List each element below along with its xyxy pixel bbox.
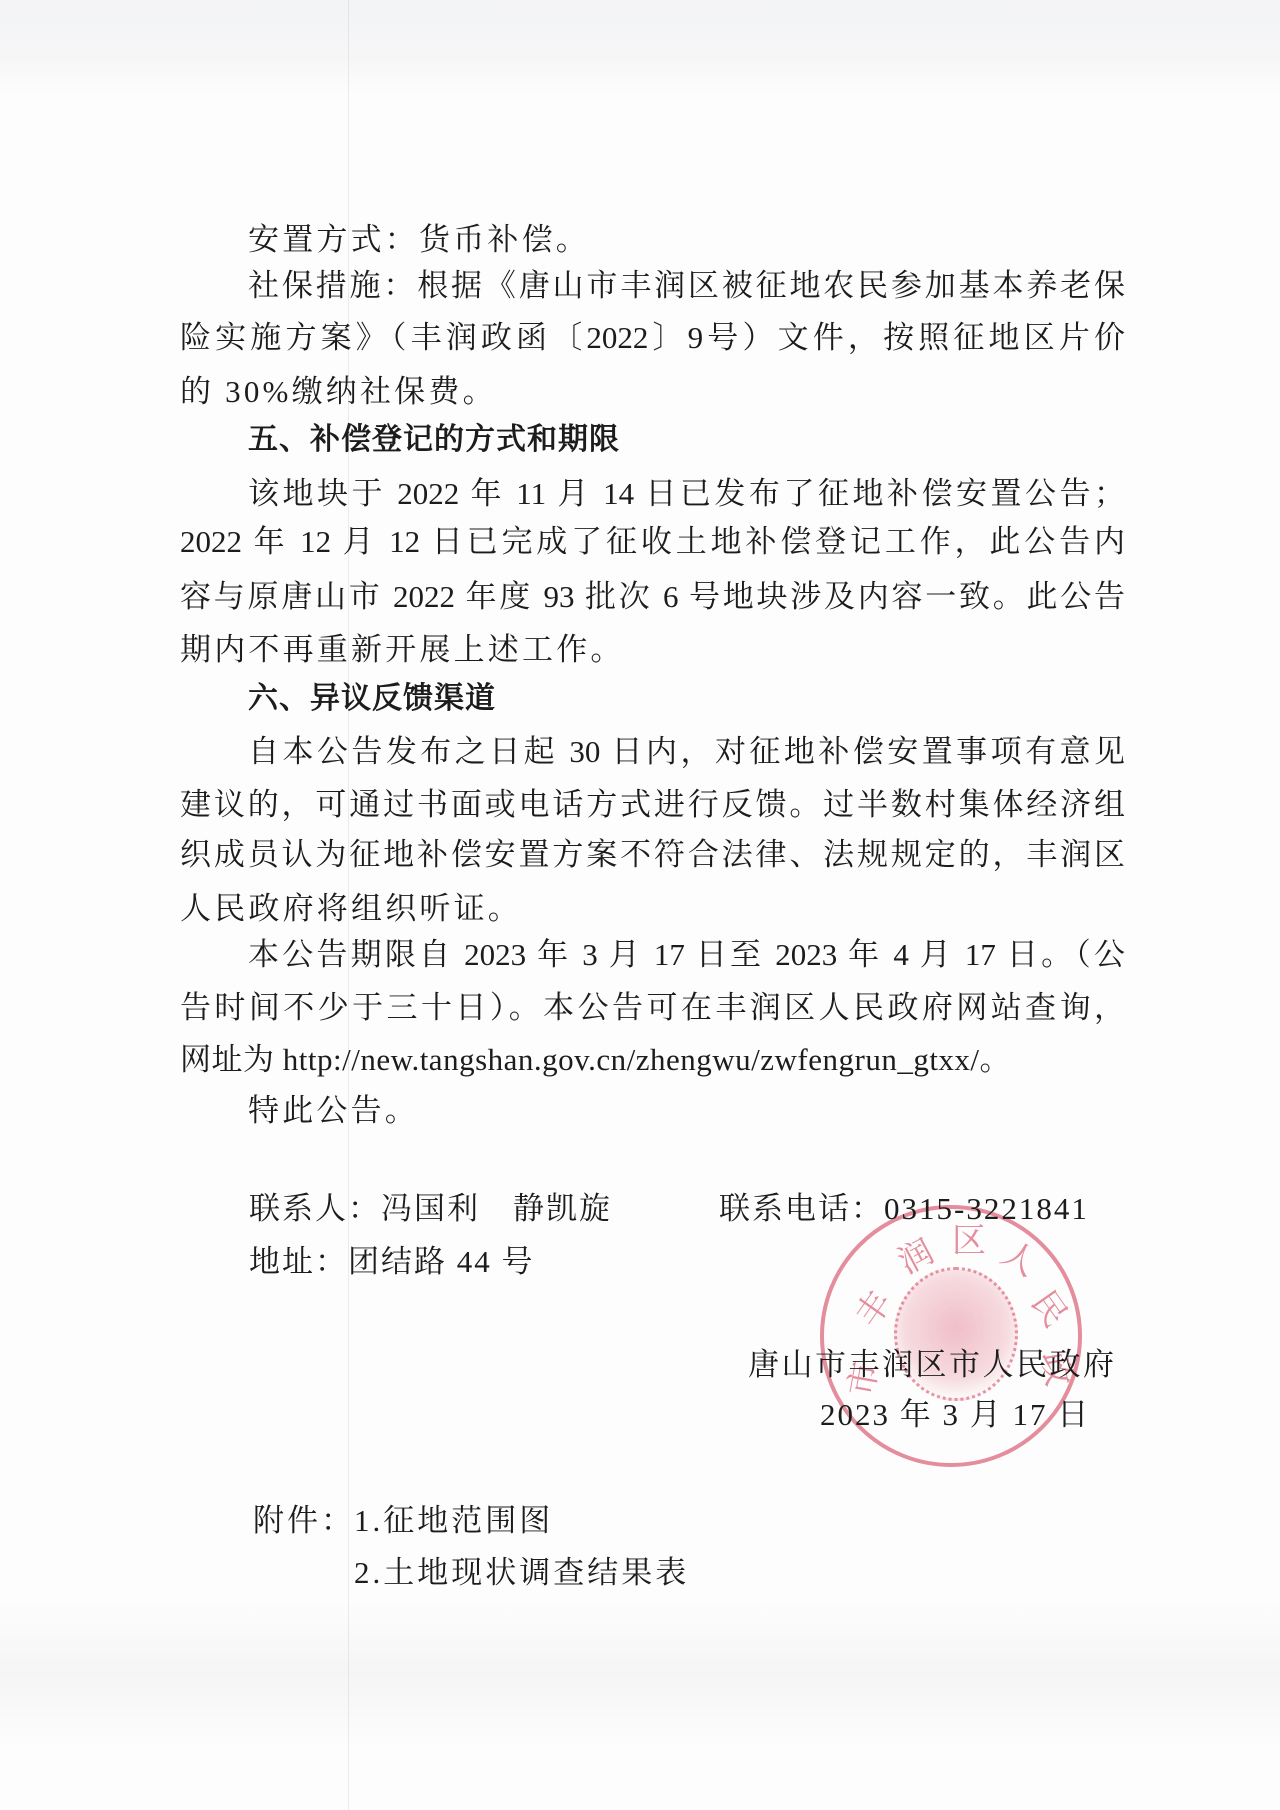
feedback-line-4: 人民政府将组织听证。: [180, 889, 1125, 929]
contact-address: 地址：团结路 44 号: [249, 1242, 1194, 1282]
registration-line-2: 2022 年 12 月 12 日已完成了征收土地补偿登记工作，此公告内: [180, 522, 1125, 562]
period-line-2: 告时间不少于三十日）。本公告可在丰润区人民政府网站查询，: [180, 988, 1125, 1028]
issue-date: 2023 年 3 月 17 日: [820, 1395, 1090, 1435]
attachments-row-2: 2.土地现状调查结果表: [0, 1553, 1280, 1593]
social-security-line-3: 的 30%缴纳社保费。: [180, 372, 1125, 412]
section-heading-6: 六、异议反馈渠道: [248, 679, 1125, 719]
attachment-item: 1.征地范围图: [354, 1501, 553, 1541]
registration-line-4: 期内不再重新开展上述工作。: [180, 630, 1125, 670]
contact-persons: 联系人：冯国利 静凯旋: [249, 1189, 612, 1229]
contact-row: 联系人：冯国利 静凯旋 联系电话：0315-3221841: [0, 1189, 1280, 1229]
attachments-label: 附件：: [253, 1501, 355, 1541]
contact-phone: 联系电话：0315-3221841: [719, 1189, 1089, 1229]
social-security-line-2: 险实施方案》（丰润政函〔2022〕9号）文件，按照征地区片价: [180, 318, 1125, 358]
scan-noise-bottom: [0, 1600, 1280, 1750]
website-url-line: 网址为 http://new.tangshan.gov.cn/zhengwu/z…: [180, 1040, 1125, 1080]
period-line-1: 本公告期限自 2023 年 3 月 17 日至 2023 年 4 月 17 日。…: [248, 935, 1125, 975]
resettlement-line: 安置方式：货币补偿。: [248, 220, 1125, 260]
scan-noise-top: [0, 0, 1280, 95]
seal-char: 民: [1021, 1281, 1077, 1337]
social-security-line-1: 社保措施：根据《唐山市丰润区被征地农民参加基本养老保: [248, 266, 1125, 306]
registration-line-1: 该地块于 2022 年 11 月 14 日已发布了征地补偿安置公告；: [248, 474, 1125, 514]
issuer-name: 唐山市丰润区市人民政府: [748, 1345, 1117, 1385]
feedback-line-2: 建议的，可通过书面或电话方式进行反馈。过半数村集体经济组: [180, 785, 1125, 825]
registration-line-3: 容与原唐山市 2022 年度 93 批次 6 号地块涉及内容一致。此公告: [180, 577, 1125, 617]
feedback-line-1: 自本公告发布之日起 30 日内，对征地补偿安置事项有意见: [248, 732, 1125, 772]
closing-line: 特此公告。: [248, 1091, 1125, 1131]
section-heading-5: 五、补偿登记的方式和期限: [248, 420, 1125, 460]
attachments-row-1: 附件： 1.征地范围图: [0, 1501, 1280, 1541]
attachment-item: 2.土地现状调查结果表: [354, 1553, 689, 1593]
feedback-line-3: 织成员认为征地补偿安置方案不符合法律、法规规定的，丰润区: [180, 835, 1125, 875]
